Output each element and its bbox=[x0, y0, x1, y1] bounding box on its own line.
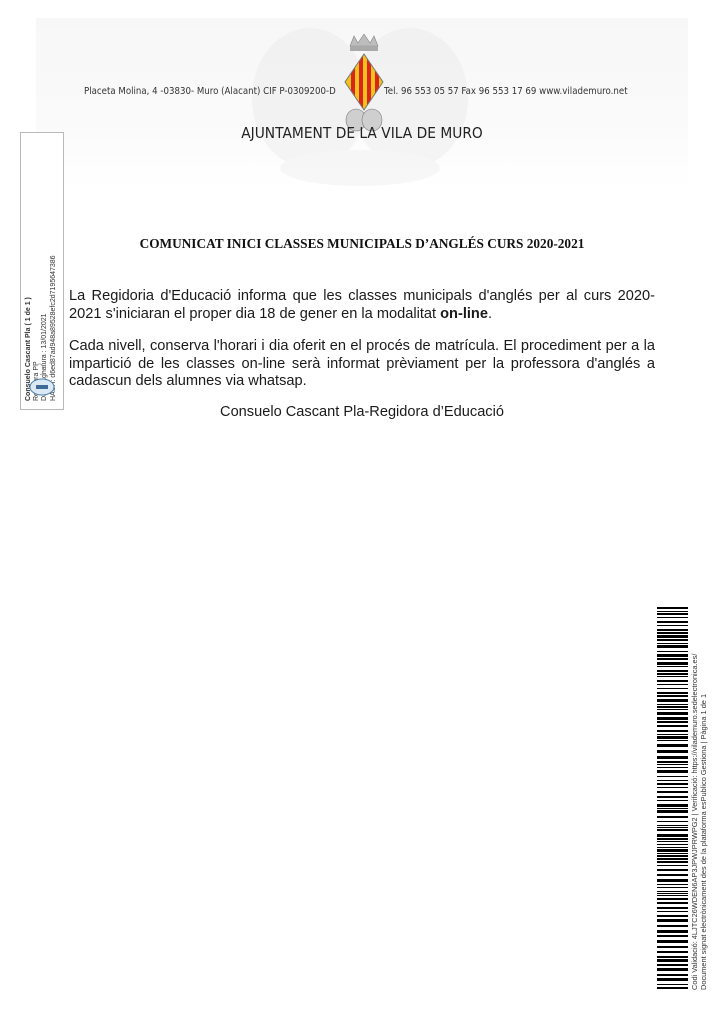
municipal-seal-icon bbox=[27, 361, 57, 397]
paragraph-announcement-text: La Regidoria d'Educació informa que les … bbox=[69, 288, 655, 322]
organization-name: AJUNTAMENT DE LA VILA DE MURO bbox=[29, 124, 695, 142]
paragraph-procedure: Cada nivell, conserva l'horari i dia ofe… bbox=[69, 338, 655, 391]
paragraph-announcement: La Regidoria d'Educació informa que les … bbox=[69, 288, 655, 323]
signature-line: Consuelo Cascant Pla-Regidora d’Educació bbox=[0, 404, 724, 420]
document-title: COMUNICAT INICI CLASSES MUNICIPALS D’ANG… bbox=[0, 236, 724, 252]
online-emphasis: on-line bbox=[440, 306, 488, 322]
letterhead-contact: Tel. 96 553 05 57 Fax 96 553 17 69 www.v… bbox=[384, 86, 628, 97]
signature-stamp: Consuelo Cascant Pla ( 1 de 1 ) Regidora… bbox=[20, 132, 64, 410]
validation-code: Codi Validació: 4LJTC26WDEN6AP3JPWJPRWPG… bbox=[690, 654, 699, 990]
coat-of-arms-icon bbox=[338, 34, 390, 134]
barcode-icon bbox=[657, 607, 688, 989]
electronic-signature-note: Document signat electrònicament des de l… bbox=[699, 654, 708, 990]
verification-text: Codi Validació: 4LJTC26WDEN6AP3JPWJPRWPG… bbox=[690, 654, 708, 990]
paragraph-end: . bbox=[488, 306, 492, 322]
letterhead-address: Placeta Molina, 4 -03830- Muro (Alacant)… bbox=[84, 86, 336, 97]
